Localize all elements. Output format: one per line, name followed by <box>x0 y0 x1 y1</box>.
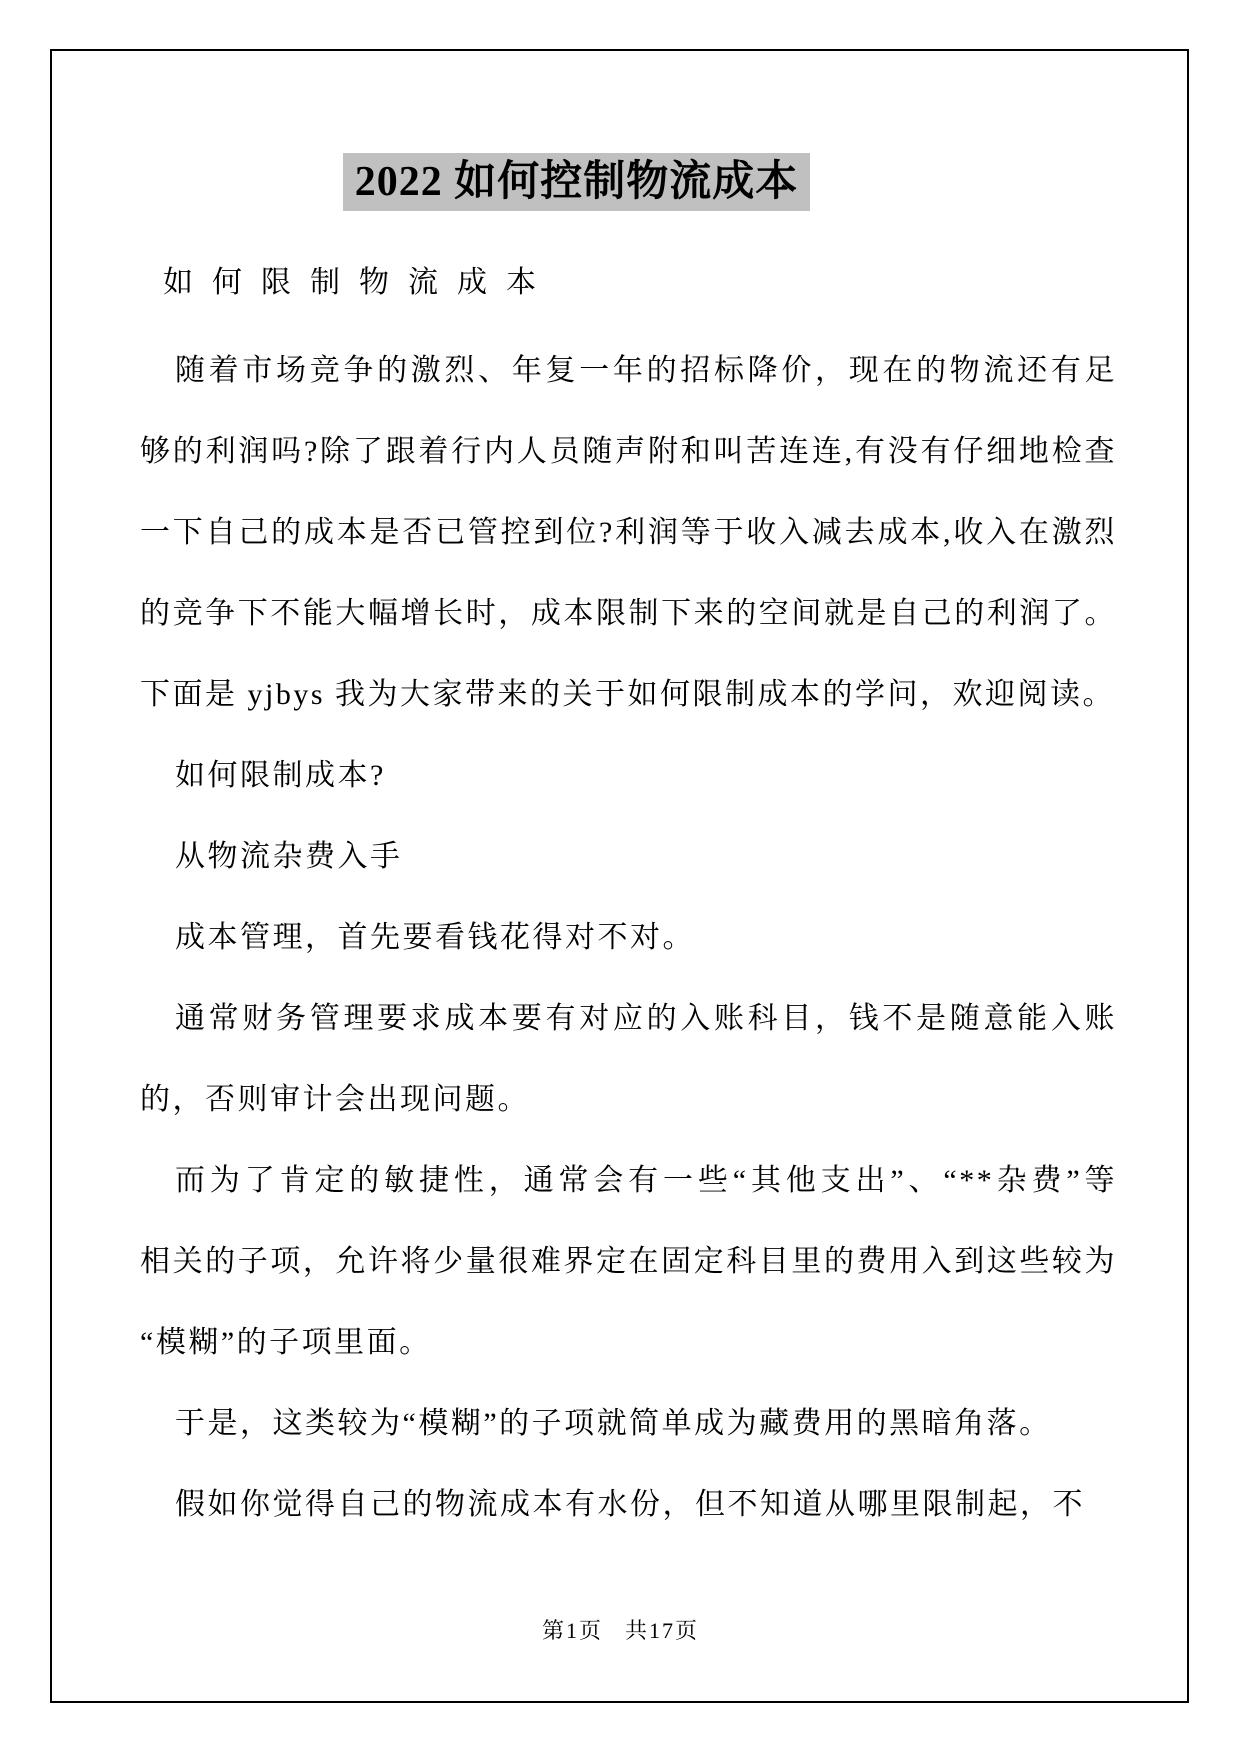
page-border: 2022 如何控制物流成本 如何限制物流成本 随着市场竞争的激烈、年复一年的招标… <box>50 49 1189 1703</box>
body-line: 如何限制成本? <box>175 735 1117 816</box>
body-line: 于是，这类较为“模糊”的子项就简单成为藏费用的黑暗角落。 <box>175 1383 1117 1464</box>
body-line: 够的利润吗?除了跟着行内人员随声附和叫苦连连,有没有仔细地检查 <box>140 411 1117 492</box>
page-number: 第1页 <box>542 1618 603 1643</box>
body-line: 通常财务管理要求成本要有对应的入账科目，钱不是随意能入账 <box>175 978 1117 1059</box>
body-line: 一下自己的成本是否已管控到位?利润等于收入减去成本,收入在激烈 <box>140 492 1117 573</box>
page-total: 共17页 <box>625 1618 699 1643</box>
page-footer: 第1页共17页 <box>0 1612 1241 1650</box>
body-line: 的，否则审计会出现问题。 <box>140 1059 1117 1140</box>
body-line: 随着市场竞争的激烈、年复一年的招标降价，现在的物流还有足 <box>175 330 1117 411</box>
body-line: 假如你觉得自己的物流成本有水份，但不知道从哪里限制起，不 <box>175 1464 1117 1545</box>
body-line: 相关的子项，允许将少量很难界定在固定科目里的费用入到这些较为 <box>140 1221 1117 1302</box>
title-row: 2022 如何控制物流成本 <box>140 153 1117 211</box>
body-line: 而为了肯定的敏捷性，通常会有一些“其他支出”、“**杂费”等 <box>175 1140 1117 1221</box>
body-line: 从物流杂费入手 <box>175 816 1117 897</box>
body-line: “模糊”的子项里面。 <box>140 1302 1117 1383</box>
document-page: 2022 如何控制物流成本 如何限制物流成本 随着市场竞争的激烈、年复一年的招标… <box>0 0 1241 1754</box>
document-body: 如何限制物流成本 随着市场竞争的激烈、年复一年的招标降价，现在的物流还有足 够的… <box>140 242 1117 1545</box>
document-title: 2022 如何控制物流成本 <box>343 153 811 211</box>
body-line: 下面是 yjbys 我为大家带来的关于如何限制成本的学问，欢迎阅读。 <box>140 654 1117 735</box>
body-line: 的竞争下不能大幅增长时，成本限制下来的空间就是自己的利润了。 <box>140 573 1117 654</box>
body-line: 如何限制物流成本 <box>163 242 1117 323</box>
body-line: 成本管理，首先要看钱花得对不对。 <box>175 897 1117 978</box>
